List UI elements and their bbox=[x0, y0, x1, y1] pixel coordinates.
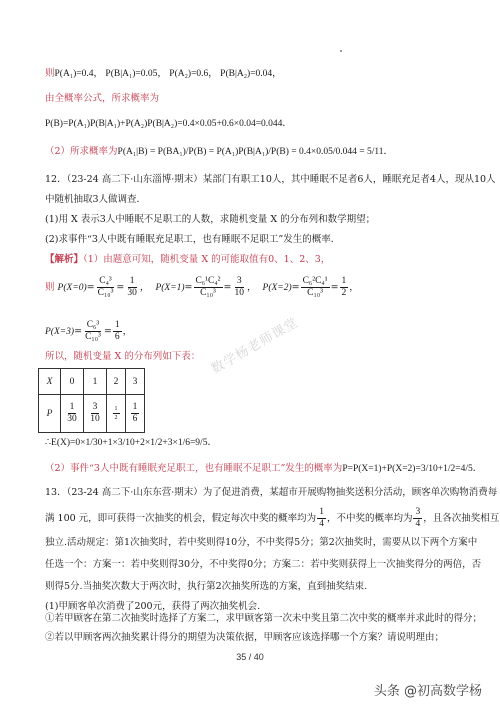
denominator: 30 bbox=[125, 288, 139, 299]
denominator: 6 bbox=[113, 332, 122, 343]
denominator: C₁₀³ bbox=[83, 332, 103, 343]
numerator: 3 bbox=[413, 507, 422, 519]
numerator: 1 bbox=[113, 320, 122, 332]
denominator: 4 bbox=[413, 519, 422, 530]
fraction: 16 bbox=[113, 320, 122, 343]
prev-solution-line2: 由全概率公式，所求概率为 bbox=[45, 92, 159, 106]
fraction: 130 bbox=[125, 276, 139, 299]
fraction: C₆²C₄¹C₁₀³ bbox=[301, 276, 330, 299]
denominator: 6 bbox=[131, 414, 140, 425]
table-cell: 310 bbox=[84, 395, 107, 433]
fraction: C₄³C₁₀³ bbox=[96, 276, 116, 299]
denominator: 10 bbox=[88, 414, 102, 425]
table-row: P 130 310 12 16 bbox=[39, 395, 145, 433]
table-cell: 130 bbox=[61, 395, 84, 433]
watermark: 数学杨老师课堂 bbox=[207, 312, 301, 377]
q13-line2: 满 100 元，即可获得一次抽奖的机会，假定每次中奖的概率均为14，不中奖的概率… bbox=[45, 506, 499, 532]
answer-formula: P=P(X=1)+P(X=2)=3/10+1/2=4/5． bbox=[342, 464, 482, 474]
denominator: C₁₀³ bbox=[96, 288, 116, 299]
q13-line3: 独立.活动规定：第1次抽奖时，若中奖则得10分，不中奖得5分；第2次抽奖时，需要… bbox=[45, 536, 477, 550]
expectation-formula: ∴E(X)=0×1/30+1×3/10+2×1/2+3×1/6=9/5． bbox=[45, 436, 217, 450]
fraction: C₆³C₁₀³ bbox=[83, 320, 103, 343]
denominator: C₁₀³ bbox=[198, 288, 218, 299]
scan-speck bbox=[340, 50, 342, 52]
numerator: 1 bbox=[128, 276, 137, 288]
prob-label: P(X=1) bbox=[155, 283, 184, 293]
prob-label: P(X=2) bbox=[263, 283, 292, 293]
probabilities-row: 则 P(X=0)=C₄³C₁₀³=130， P(X=1)=C₆¹C₄²C₁₀³=… bbox=[45, 276, 359, 300]
table-cell: 12 bbox=[107, 395, 126, 433]
fraction: C₆¹C₄²C₁₀³ bbox=[194, 276, 223, 299]
page-number: 35 / 40 bbox=[0, 652, 500, 662]
table-header-cell: 0 bbox=[61, 369, 84, 395]
text: 满 100 元，即可获得一次抽奖的机会，假定每次中奖的概率均为 bbox=[45, 513, 316, 524]
prev-solution-line1: 则P(A₁)=0.4， P(B|A₁)=0.05， P(A₂)=0.6， P(B… bbox=[45, 67, 282, 81]
q13-sub2: ②若以甲顾客两次抽奖累计得分的期望为决策依据，甲顾客应该选择哪一个方案？请说明理… bbox=[45, 631, 444, 645]
prefix-text: 则 bbox=[45, 282, 55, 293]
prob-label: P(X=3) bbox=[45, 327, 74, 337]
numerator: C₆²C₄¹ bbox=[301, 276, 330, 288]
prefix-text: （2）所求概率为 bbox=[45, 146, 118, 157]
denominator: C₁₀³ bbox=[305, 288, 325, 299]
answer-text: （2）事件“3人中既有睡眠充足职工，也有睡眠不足职工”发生的概率为 bbox=[45, 463, 342, 474]
numerator: C₄³ bbox=[97, 276, 114, 288]
analysis-text: （1）由题意可知，随机变量 X 的可能取值有0、1、2、3， bbox=[83, 254, 330, 265]
numerator: 1 bbox=[68, 402, 77, 414]
part2-answer: （2）事件“3人中既有睡眠充足职工，也有睡眠不足职工”发生的概率为P=P(X=1… bbox=[45, 462, 482, 476]
table-intro: 所以，随机变量 X 的分布列如下表： bbox=[45, 350, 200, 364]
numerator: 1 bbox=[131, 402, 140, 414]
analysis-line1: 【解析】（1）由题意可知，随机变量 X 的可能取值有0、1、2、3， bbox=[45, 253, 330, 267]
probability-x3: P(X=3)=C₆³C₁₀³=16， bbox=[45, 320, 132, 344]
denominator: 4 bbox=[317, 519, 326, 530]
q13-line5: 则得5分.当抽奖次数大于两次时，执行第2次抽奖所选的方案，直到抽奖结束. bbox=[45, 580, 367, 594]
table-header-cell: 1 bbox=[84, 369, 107, 395]
denominator: 30 bbox=[65, 414, 79, 425]
numerator: 1 bbox=[340, 276, 349, 288]
denominator: 2 bbox=[113, 414, 120, 422]
numerator: 3 bbox=[235, 276, 244, 288]
q13-line4: 任选一个：方案一：若中奖则得30分，不中奖得0分；方案二：若中奖则获得上一次抽奖… bbox=[45, 558, 481, 572]
numerator: 1 bbox=[317, 507, 326, 519]
q12-stem-line1: 12．（23-24 高二下·山东淄博·期末）某部门有职工10人，其中睡眠不足者6… bbox=[45, 173, 496, 187]
table-header-cell: X bbox=[39, 369, 61, 395]
fraction: 310 bbox=[232, 276, 246, 299]
brand-watermark: 头条 @初高数学杨 bbox=[374, 680, 482, 699]
bayes-formula: P(A₁|B) = P(BA₁)/P(B) = P(A₁)P(B|A₁)/P(B… bbox=[118, 147, 393, 157]
q13-sub1: ①若甲顾客在第二次抽奖时选择了方案二，求甲顾客第一次未中奖且第二次中奖的概率并求… bbox=[45, 612, 482, 626]
analysis-tag: 【解析】 bbox=[45, 254, 83, 265]
table-header-cell: 2 bbox=[107, 369, 126, 395]
numerator: C₆³ bbox=[85, 320, 102, 332]
prefix-text: 则 bbox=[45, 68, 55, 79]
table-cell: 16 bbox=[126, 395, 145, 433]
distribution-table: X 0 1 2 3 P 130 310 12 16 bbox=[38, 368, 145, 433]
q12-part2: (2)求事件“3人中既有睡眠充足职工，也有睡眠不足职工”发生的概率． bbox=[45, 233, 340, 247]
denominator: 2 bbox=[340, 288, 349, 299]
total-probability-formula: P(B)=P(A₁)P(B|A₁)+P(A₂)P(B|A₂)=0.4×0.05+… bbox=[45, 117, 292, 131]
table-header-cell: 3 bbox=[126, 369, 145, 395]
denominator: 10 bbox=[232, 288, 246, 299]
q13-line1: 13．（23-24 高二下·山东东营·期末）为了促进消费，某超市开展购物抽奖送积… bbox=[45, 486, 497, 500]
text: ，且各次抽奖相互 bbox=[423, 513, 499, 524]
table-row-label: P bbox=[39, 395, 61, 433]
q12-stem-line2: 中随机抽取3人做调查． bbox=[45, 193, 146, 207]
table-header-row: X 0 1 2 3 bbox=[39, 369, 145, 395]
text: ，不中奖的概率均为 bbox=[327, 513, 413, 524]
q12-part1: (1)用 X 表示3人中睡眠不足职工的人数，求随机变量 X 的分布列和数学期望； bbox=[45, 213, 375, 227]
probability-values: P(A₁)=0.4， P(B|A₁)=0.05， P(A₂)=0.6， P(B|… bbox=[55, 69, 282, 79]
numerator: 1 bbox=[113, 405, 120, 414]
prev-solution-line4: （2）所求概率为P(A₁|B) = P(BA₁)/P(B) = P(A₁)P(B… bbox=[45, 145, 393, 159]
prob-label: P(X=0) bbox=[58, 283, 87, 293]
numerator: 3 bbox=[91, 402, 100, 414]
fraction: 12 bbox=[340, 276, 349, 299]
numerator: C₆¹C₄² bbox=[194, 276, 223, 288]
